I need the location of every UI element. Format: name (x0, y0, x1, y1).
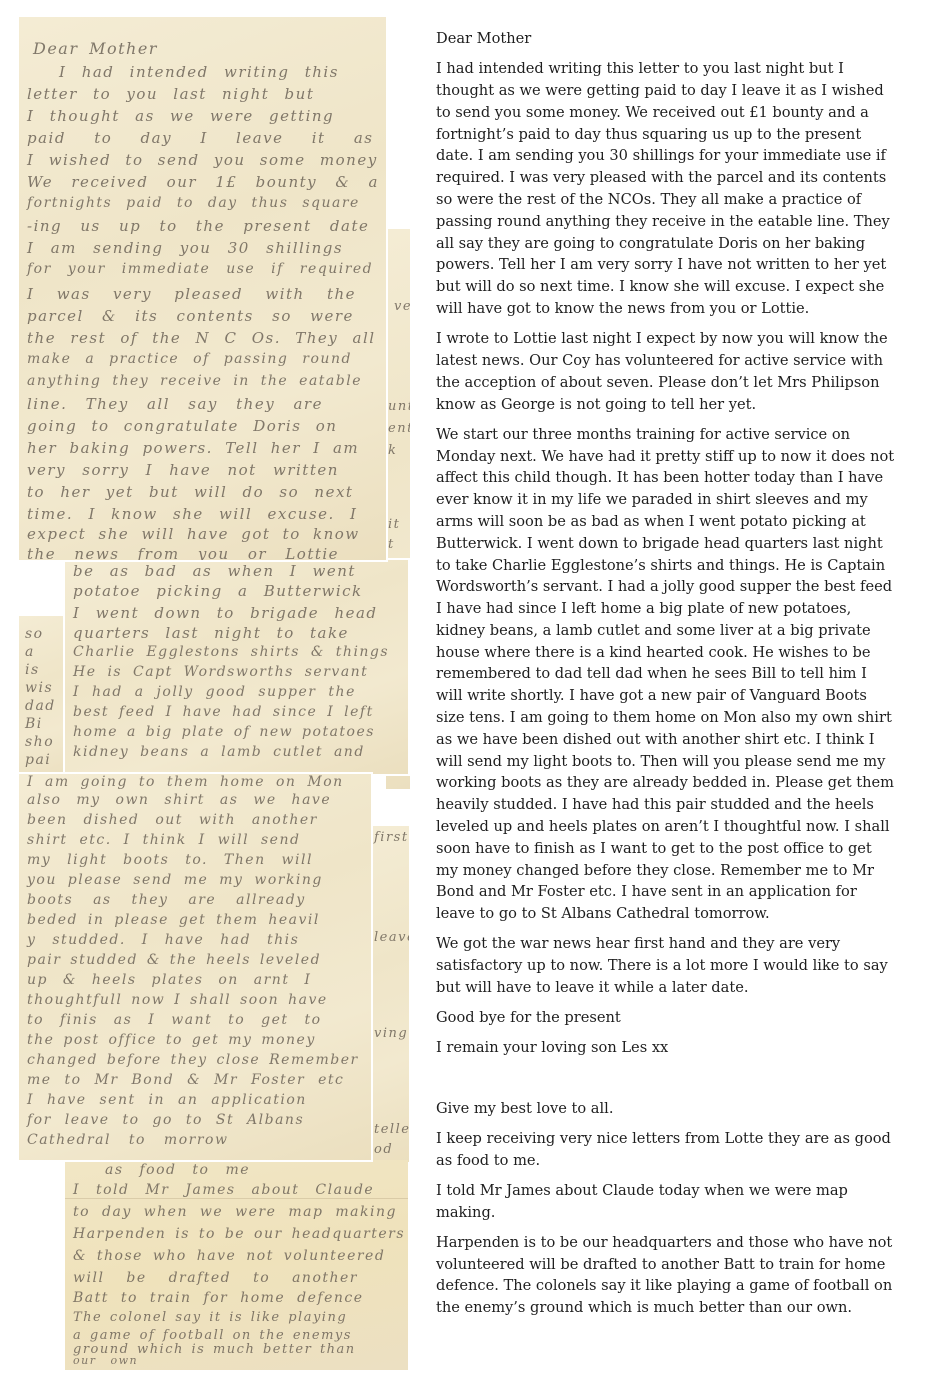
handwriting-line: I was very pleased with the (19, 285, 386, 303)
handwriting-fragment: ving (370, 1026, 409, 1041)
letter-page-3: I am going to them home on Mon also my o… (17, 772, 373, 1162)
handwriting-fragment: ve (386, 299, 410, 314)
handwriting-line: The colonel say it is like playing (65, 1310, 408, 1325)
handwriting-line: best feed I have had since I left (65, 704, 408, 720)
handwriting-line: as food to me (65, 1162, 408, 1178)
handwriting-line: make a practice of passing round (19, 351, 386, 367)
paragraph: I wrote to Lottie last night I expect by… (436, 328, 896, 415)
handwriting-line: her baking powers. Tell her I am (19, 439, 386, 457)
handwriting-line: changed before they close Remember (19, 1052, 371, 1068)
handwriting-fragment: unt (386, 399, 410, 414)
handwriting-line: potatoe picking a Butterwick (65, 582, 408, 600)
letter-page-2: be as bad as when I went potatoe picking… (63, 558, 410, 776)
handwriting-line: Charlie Egglestons shirts & things (65, 644, 408, 660)
postscript: I told Mr James about Claude today when … (436, 1180, 896, 1224)
handwriting-line: you please send me my working (19, 872, 371, 888)
handwriting-line: boots as they are allready (19, 892, 371, 908)
handwriting-fragment: od (370, 1142, 409, 1157)
handwriting-line: a game of football on the enemys (65, 1328, 408, 1343)
paragraph: We got the war news hear first hand and … (436, 933, 896, 998)
handwriting-line: -ing us up to the present date (19, 217, 386, 235)
handwriting-line: I had a jolly good supper the (65, 684, 408, 700)
letter-page-4: as food to me I told Mr James about Clau… (65, 1160, 408, 1370)
handwriting-line: going to congratulate Doris on (19, 417, 386, 435)
handwriting-fragment: ent (386, 421, 410, 436)
handwriting-line: the rest of the N C Os. They all (19, 329, 386, 347)
handwriting-line: I thought as we were getting (19, 107, 386, 125)
handwriting-line: me to Mr Bond & Mr Foster etc (19, 1072, 371, 1088)
handwriting-line: I am going to them home on Mon (19, 774, 371, 790)
handwriting-line: also my own shirt as we have (19, 792, 371, 808)
paper-crease (65, 1198, 408, 1199)
handwriting-line: shirt etc. I think I will send (19, 832, 371, 848)
spacer (436, 1068, 896, 1098)
handwriting-line: He is Capt Wordsworths servant (65, 664, 408, 680)
postscript: Give my best love to all. (436, 1098, 896, 1120)
signature: I remain your loving son Les xx (436, 1037, 896, 1059)
letter-page-back-right-strip-lower: first leave ving tellen od (370, 826, 409, 1162)
handwriting-line: I have sent in an application (19, 1092, 371, 1108)
handwriting-line: paid to day I leave it as (19, 129, 386, 147)
handwriting-line: been dished out with another (19, 812, 371, 828)
handwriting-line: Harpenden is to be our headquarters (65, 1226, 408, 1242)
paragraph: We start our three months training for a… (436, 424, 896, 925)
postscript: Harpenden is to be our headquarters and … (436, 1232, 896, 1319)
letter-page-1: Dear Mother I had intended writing this … (17, 15, 388, 562)
handwriting-line: pair studded & the heels leveled (19, 952, 371, 968)
handwriting-line: to finis as I want to get to (19, 1012, 371, 1028)
handwriting-line: letter to you last night but (19, 85, 386, 103)
handwriting-line: I told Mr James about Claude (65, 1182, 408, 1198)
handwriting-line: the post office to get my money (19, 1032, 371, 1048)
salutation: Dear Mother (436, 28, 896, 50)
handwriting-line: will be drafted to another (65, 1270, 408, 1286)
handwriting-line: thoughtfull now I shall soon have (19, 992, 371, 1008)
closing: Good bye for the present (436, 1007, 896, 1029)
handwriting-fragment: tellen (370, 1122, 409, 1137)
handwriting-line: Cathedral to morrow (19, 1132, 371, 1148)
handwriting-fragment: k (386, 443, 410, 458)
handwriting-fragment: t (386, 537, 410, 552)
handwriting-line: very sorry I have not written (19, 461, 386, 479)
handwriting-line: up & heels plates on arnt I (19, 972, 371, 988)
handwriting-line: to day when we were map making (65, 1204, 408, 1220)
handwriting-line: beded in please get them heavil (19, 912, 371, 928)
handwriting-line: home a big plate of new potatoes (65, 724, 408, 740)
handwriting-line: to her yet but will do so next (19, 483, 386, 501)
handwriting-line: I am sending you 30 shillings (19, 239, 386, 257)
handwriting-line: kidney beans a lamb cutlet and (65, 744, 408, 760)
handwriting-line: & those who have not volunteered (65, 1248, 408, 1264)
handwriting-line: I wished to send you some money (19, 151, 386, 169)
handwriting-line: I went down to brigade head (65, 604, 408, 622)
handwriting-line: be as bad as when I went (65, 562, 408, 580)
letter-transcription: Dear Mother I had intended writing this … (436, 28, 896, 1327)
handwriting-line: our own (65, 1354, 408, 1367)
handwriting-fragment: it (386, 517, 410, 532)
handwriting-line: Dear Mother (19, 39, 386, 58)
handwriting-line: I had intended writing this (19, 63, 386, 81)
handwriting-line: anything they receive in the eatable (19, 373, 386, 389)
handwriting-line: line. They all say they are (19, 395, 386, 413)
handwriting-line: y studded. I have had this (19, 932, 371, 948)
letter-scan-collage: ve unt ent k it t so a is wis dad Bi sho… (0, 0, 420, 1394)
handwriting-line: We received our 1£ bounty & a (19, 173, 386, 191)
handwriting-line: quarters last night to take (65, 624, 408, 642)
handwriting-line: Batt to train for home defence (65, 1290, 408, 1306)
handwriting-line: the news from you or Lottie (19, 545, 386, 562)
handwriting-line: fortnights paid to day thus square (19, 195, 386, 211)
handwriting-line: parcel & its contents so were (19, 307, 386, 325)
handwriting-fragment: leave (370, 930, 409, 945)
paragraph: I had intended writing this letter to yo… (436, 58, 896, 320)
handwriting-line: for leave to go to St Albans (19, 1112, 371, 1128)
handwriting-line: time. I know she will excuse. I (19, 505, 386, 523)
handwriting-line: for your immediate use if required (19, 261, 386, 277)
handwriting-line: expect she will have got to know (19, 525, 386, 543)
handwriting-line: my light boots to. Then will (19, 852, 371, 868)
postscript: I keep receiving very nice letters from … (436, 1128, 896, 1172)
handwriting-fragment: first (370, 830, 409, 845)
